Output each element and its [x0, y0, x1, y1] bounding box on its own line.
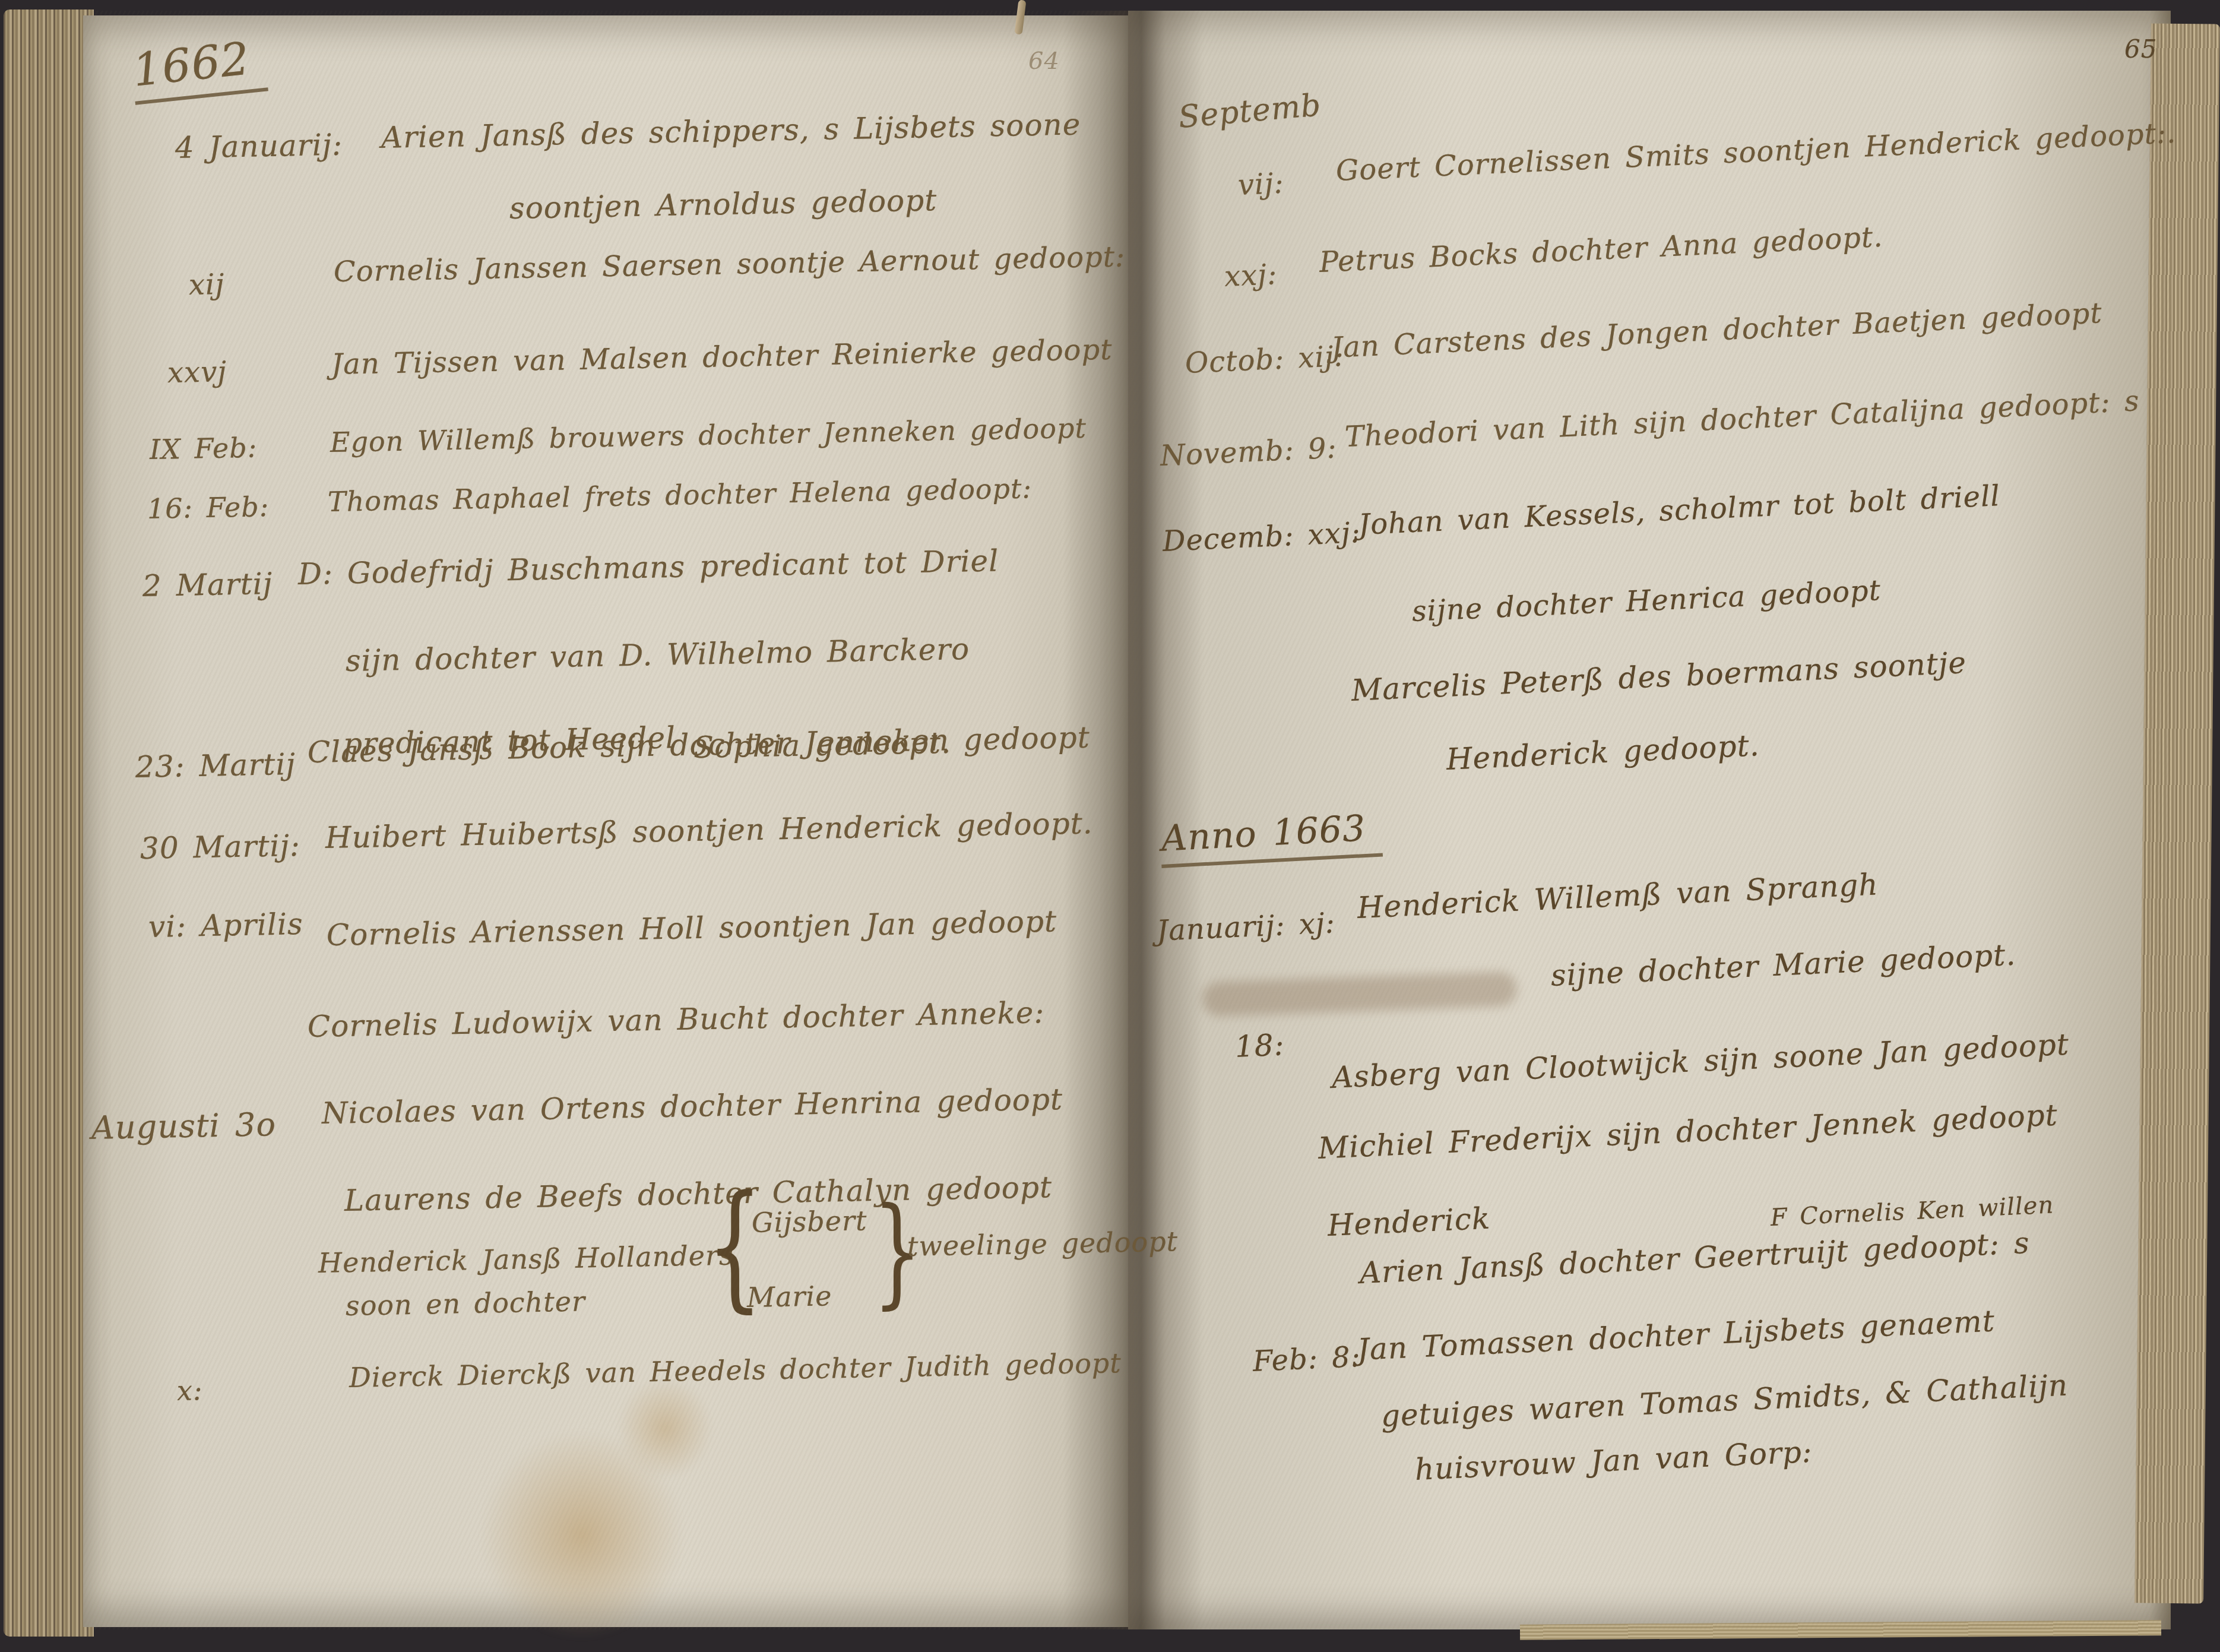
left-entry-1-date: xij [188, 268, 224, 302]
right-entry-7-date: 18: [1234, 1027, 1285, 1064]
left-entry-12-child2: Marie [746, 1280, 832, 1314]
left-page-number: 64 [1028, 48, 1060, 75]
right-entry-9-line1: Henderick [1327, 1201, 1491, 1243]
left-entry-7-date: 30 Martij: [140, 828, 300, 866]
left-entry-12-parents-line2: soon en dochter [345, 1285, 585, 1322]
right-page-number: 65 [2124, 34, 2157, 64]
left-entry-10-date: Augusti 3o [91, 1106, 276, 1147]
left-entry-0-date: 4 Januarij: [175, 128, 343, 165]
left-entry-3-date: IX Feb: [149, 432, 257, 466]
right-entry-10-date: Feb: 8: [1252, 1340, 1361, 1378]
left-entry-12-child1: Gijsbert [751, 1204, 867, 1239]
right-entry-0-date: vij: [1237, 167, 1285, 202]
left-entry-6-date: 23: Martij [135, 747, 296, 784]
left-entry-2-date: xxvj [167, 355, 227, 390]
left-entry-5-date: 2 Martij [142, 567, 273, 603]
left-entry-13-date: x: [176, 1374, 202, 1407]
paper-stain [617, 1378, 712, 1479]
left-entry-12-note: tweelinge gedoopt [907, 1225, 1178, 1262]
left-entry-4-date: 16: Feb: [147, 490, 269, 525]
right-entry-1-date: xxj: [1224, 258, 1278, 293]
left-entry-8-date: vi: Aprilis [148, 907, 303, 944]
left-page-block-edges [4, 10, 94, 1637]
